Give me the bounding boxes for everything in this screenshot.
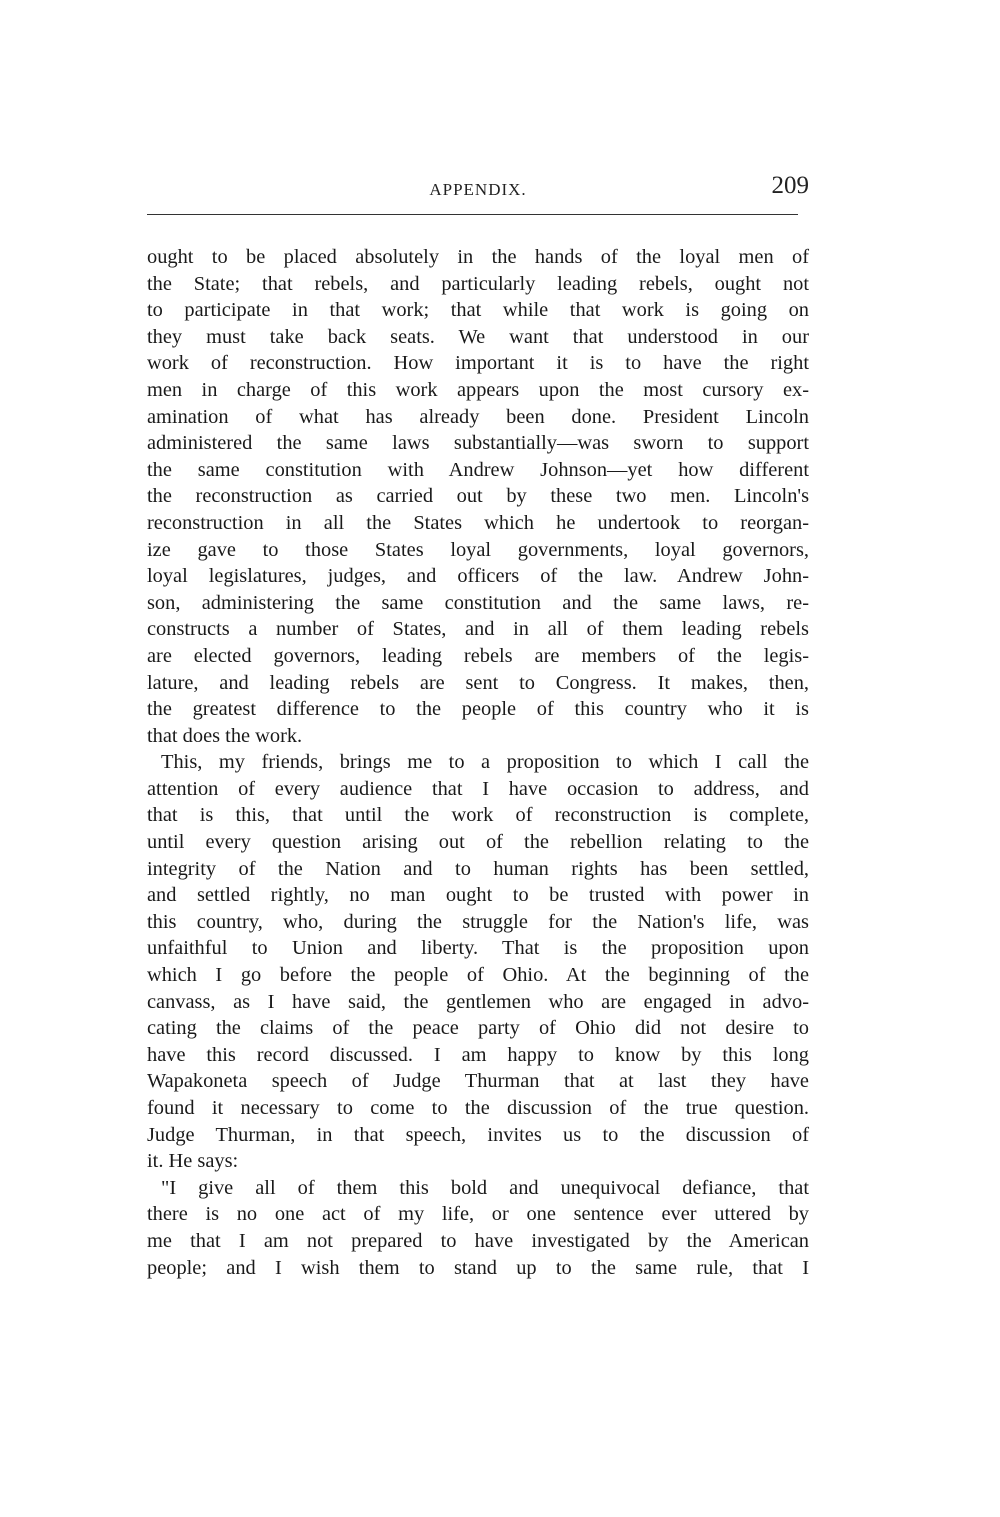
book-page: APPENDIX. 209 ought to be placed absolut…	[0, 0, 1000, 1517]
text-line: Judge Thurman, in that speech, invites u…	[147, 1122, 809, 1149]
text-line: me that I am not prepared to have invest…	[147, 1228, 809, 1255]
text-line: unfaithful to Union and liberty. That is…	[147, 935, 809, 962]
text-line: are elected governors, leading rebels ar…	[147, 643, 809, 670]
paragraph: "I give all of them this bold and unequi…	[147, 1175, 809, 1281]
text-line: that does the work.	[147, 723, 809, 750]
text-line: constructs a number of States, and in al…	[147, 616, 809, 643]
text-line: This, my friends, brings me to a proposi…	[147, 749, 809, 776]
text-line: found it necessary to come to the discus…	[147, 1095, 809, 1122]
text-line: administered the same laws substantially…	[147, 430, 809, 457]
text-line: son, administering the same constitution…	[147, 590, 809, 617]
text-line: lature, and leading rebels are sent to C…	[147, 670, 809, 697]
header-rule	[147, 214, 798, 215]
text-line: and settled rightly, no man ought to be …	[147, 882, 809, 909]
page-number: 209	[772, 172, 810, 200]
text-line: loyal legislatures, judges, and officers…	[147, 563, 809, 590]
text-line: ize gave to those States loyal governmen…	[147, 537, 809, 564]
running-head-title: APPENDIX.	[147, 180, 809, 200]
running-head: APPENDIX. 209	[147, 170, 809, 206]
text-line: they must take back seats. We want that …	[147, 324, 809, 351]
text-line: which I go before the people of Ohio. At…	[147, 962, 809, 989]
text-line: "I give all of them this bold and unequi…	[147, 1175, 809, 1202]
text-line: the reconstruction as carried out by the…	[147, 483, 809, 510]
text-line: this country, who, during the struggle f…	[147, 909, 809, 936]
text-line: the same constitution with Andrew Johnso…	[147, 457, 809, 484]
text-line: men in charge of this work appears upon …	[147, 377, 809, 404]
text-line: integrity of the Nation and to human rig…	[147, 856, 809, 883]
text-line: ought to be placed absolutely in the han…	[147, 244, 809, 271]
text-line: work of reconstruction. How important it…	[147, 350, 809, 377]
text-line: it. He says:	[147, 1148, 809, 1175]
text-line: canvass, as I have said, the gentlemen w…	[147, 989, 809, 1016]
text-line: reconstruction in all the States which h…	[147, 510, 809, 537]
text-line: the greatest difference to the people of…	[147, 696, 809, 723]
text-line: until every question arising out of the …	[147, 829, 809, 856]
text-line: to participate in that work; that while …	[147, 297, 809, 324]
text-line: attention of every audience that I have …	[147, 776, 809, 803]
text-line: there is no one act of my life, or one s…	[147, 1201, 809, 1228]
text-line: Wapakoneta speech of Judge Thurman that …	[147, 1068, 809, 1095]
text-line: cating the claims of the peace party of …	[147, 1015, 809, 1042]
paragraph: ought to be placed absolutely in the han…	[147, 244, 809, 749]
text-line: amination of what has already been done.…	[147, 404, 809, 431]
text-line: people; and I wish them to stand up to t…	[147, 1255, 809, 1282]
body-text: ought to be placed absolutely in the han…	[147, 244, 809, 1281]
text-line: that is this, that until the work of rec…	[147, 802, 809, 829]
text-line: the State; that rebels, and particularly…	[147, 271, 809, 298]
paragraph: This, my friends, brings me to a proposi…	[147, 749, 809, 1175]
text-line: have this record discussed. I am happy t…	[147, 1042, 809, 1069]
